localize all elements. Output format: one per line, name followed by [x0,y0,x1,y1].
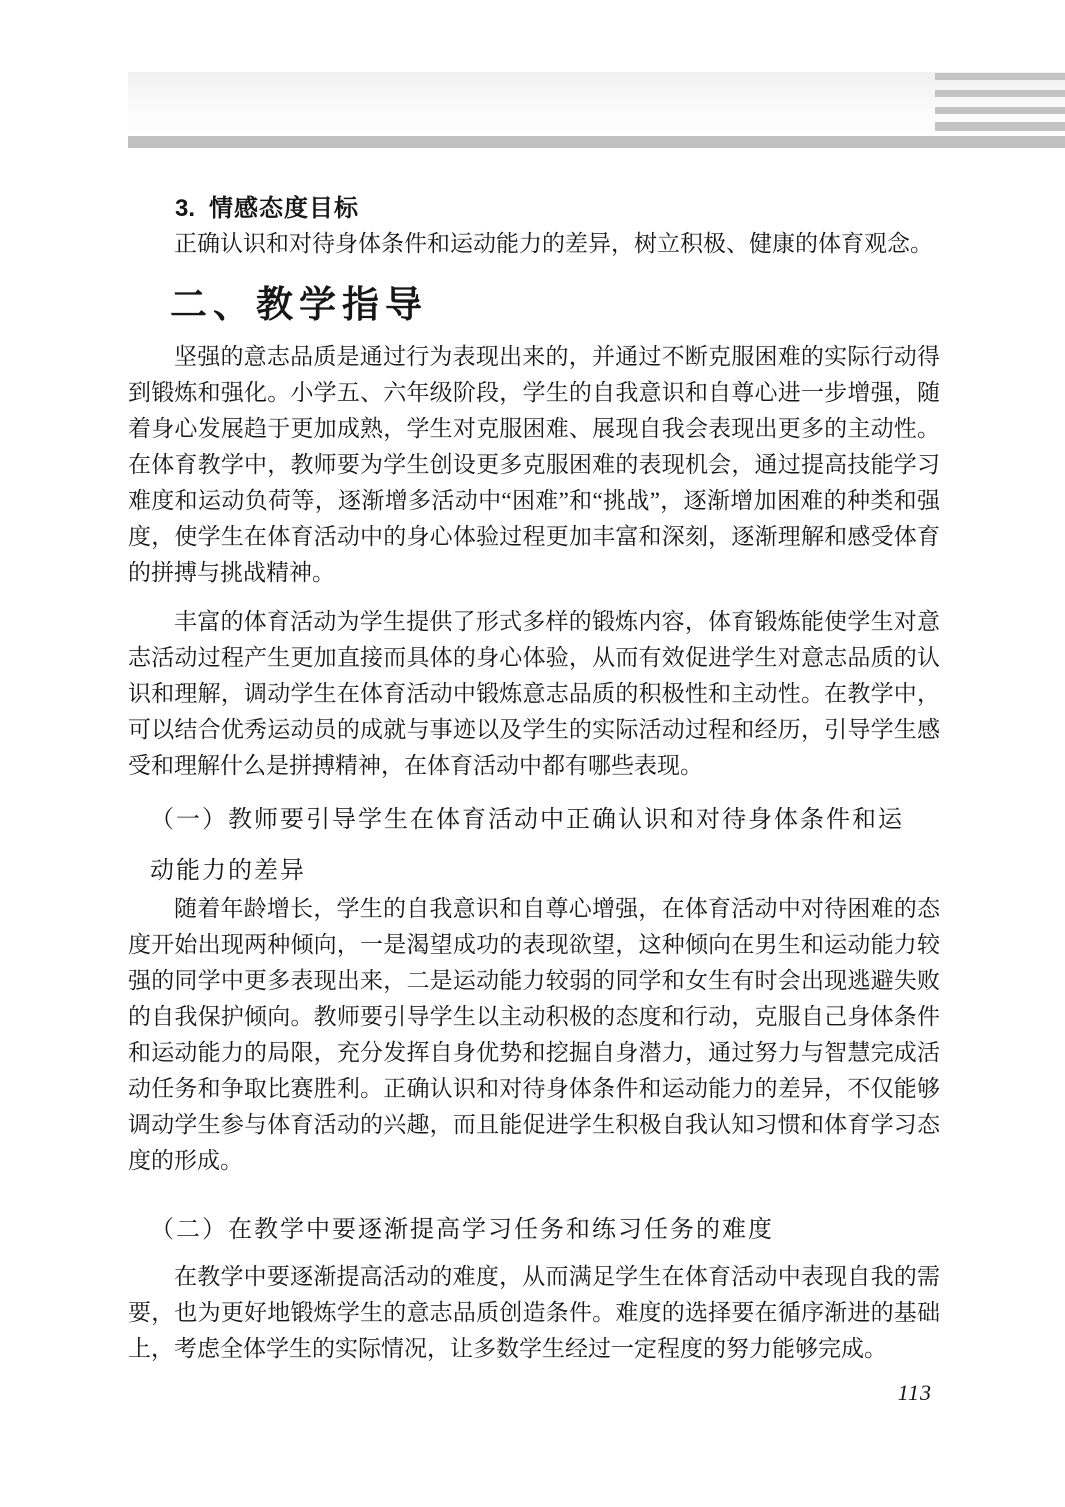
header-stripe-decoration [935,73,1065,80]
intro-line: 正确认识和对待身体条件和运动能力的差异，树立积极、健康的体育观念。 [128,226,940,262]
header-stripe-decoration [935,107,1065,114]
header-stripe-decoration [935,122,1065,131]
subsection-heading-line: （一）教师要引导学生在体育活动中正确认识和对待身体条件和运 [150,795,950,846]
subsection-heading-line: 动能力的差异 [150,846,950,897]
subsection-heading-1: （一）教师要引导学生在体育活动中正确认识和对待身体条件和运 动能力的差异 [150,795,950,897]
heading-text: 情感态度目标 [209,195,359,222]
header-panel-decoration [128,72,1065,136]
header-band-decoration [128,136,1065,148]
heading-number: 3. [175,195,195,222]
page-number: 113 [898,1380,932,1406]
paragraph: 坚强的意志品质是通过行为表现出来的，并通过不断克服困难的实际行动得到锻炼和强化。… [128,339,940,591]
numbered-heading: 3.情感态度目标 [175,194,359,224]
document-page: 3.情感态度目标 正确认识和对待身体条件和运动能力的差异，树立积极、健康的体育观… [0,0,1065,1507]
paragraph: 随着年龄增长，学生的自我意识和自尊心增强，在体育活动中对待困难的态度开始出现两种… [128,891,940,1179]
paragraph: 丰富的体育活动为学生提供了形式多样的锻炼内容，体育锻炼能使学生对意志活动过程产生… [128,604,940,784]
header-stripe-decoration [935,90,1065,97]
paragraph: 在教学中要逐渐提高活动的难度，从而满足学生在体育活动中表现自我的需要，也为更好地… [128,1259,940,1367]
subsection-heading-2: （二）在教学中要逐渐提高学习任务和练习任务的难度 [150,1209,950,1251]
section-heading: 二、教学指导 [170,283,428,329]
